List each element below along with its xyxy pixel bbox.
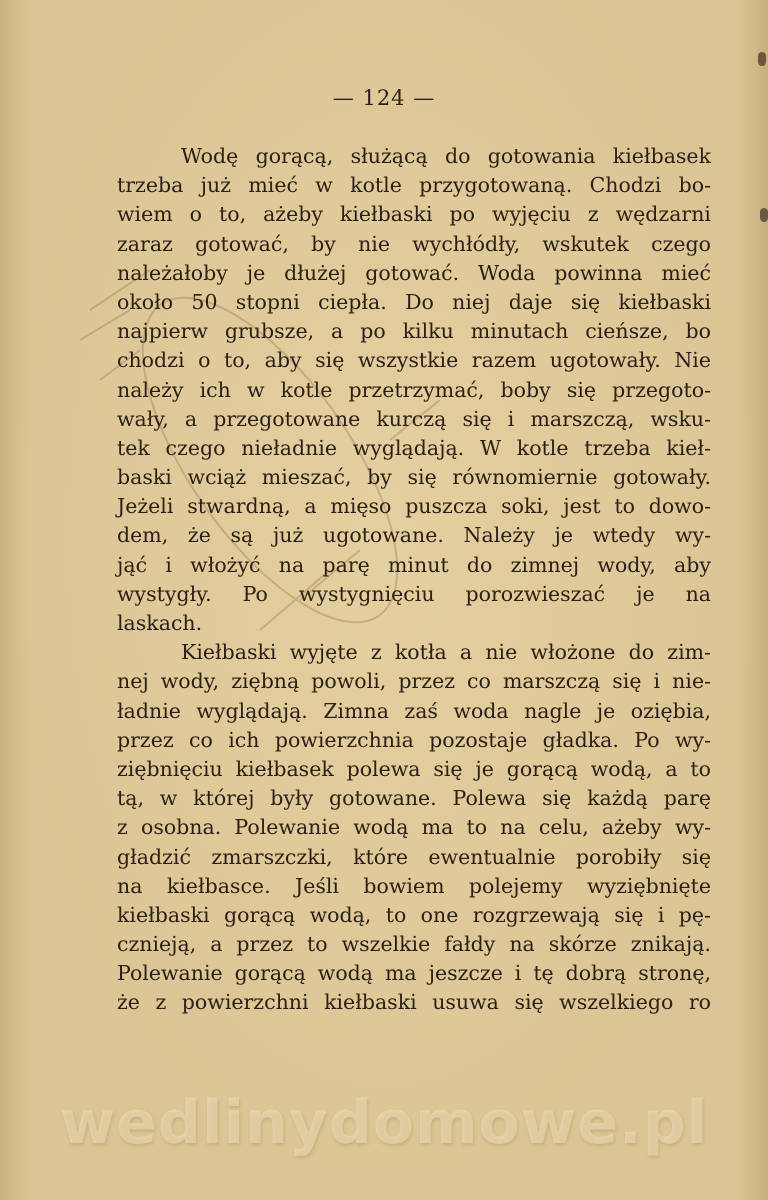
text-line: kiełbaski gorącą wodą, to one rozgrzewaj… [117, 901, 711, 930]
text-line: jąć i włożyć na parę minut do zimnej wod… [117, 551, 711, 580]
text-line: należałoby je dłużej gotować. Woda powin… [117, 259, 711, 288]
text-line: najpierw grubsze, a po kilku minutach ci… [117, 317, 711, 346]
text-line: nej wody, ziębną powoli, przez co marszc… [117, 667, 711, 696]
text-line: gładzić zmarszczki, które ewentualnie po… [117, 843, 711, 872]
text-line: wiem o to, ażeby kiełbaski po wyjęciu z … [117, 200, 711, 229]
text-line: dem, że są już ugotowane. Należy je wted… [117, 521, 711, 550]
text-line: wały, a przegotowane kurczą się i marszc… [117, 405, 711, 434]
watermark: wedlinydomowe.pl [0, 1088, 768, 1158]
text-line: Wodę gorącą, służącą do gotowania kiełba… [117, 142, 711, 171]
text-line: Jeżeli stwardną, a mięso puszcza soki, j… [117, 492, 711, 521]
text-line: z osobna. Polewanie wodą ma to na celu, … [117, 813, 711, 842]
text-line: laskach. [117, 609, 711, 638]
text-line: ziębnięciu kiełbasek polewa się je gorąc… [117, 755, 711, 784]
text-line: baski wciąż mieszać, by się równomiernie… [117, 463, 711, 492]
text-line: że z powierzchni kiełbaski usuwa się wsz… [117, 988, 711, 1017]
text-line: wystygły. Po wystygnięciu porozwieszać j… [117, 580, 711, 609]
text-line: na kiełbasce. Jeśli bowiem polejemy wyzi… [117, 872, 711, 901]
text-line: cznieją, a przez to wszelkie fałdy na sk… [117, 930, 711, 959]
text-line: chodzi o to, aby się wszystkie razem ugo… [117, 346, 711, 375]
text-line: tą, w której były gotowane. Polewa się k… [117, 784, 711, 813]
page-number: — 124 — [0, 86, 768, 110]
page-edge-mark [758, 52, 766, 66]
text-line: Kiełbaski wyjęte z kotła a nie włożone d… [117, 638, 711, 667]
text-line: ładnie wyglądają. Zimna zaś woda nagle j… [117, 697, 711, 726]
body-text: Wodę gorącą, służącą do gotowania kiełba… [117, 142, 711, 1018]
text-line: około 50 stopni ciepła. Do niej daje się… [117, 288, 711, 317]
page-edge-mark [760, 208, 768, 222]
text-line: należy ich w kotle przetrzymać, boby się… [117, 376, 711, 405]
text-line: przez co ich powierzchnia pozostaje gład… [117, 726, 711, 755]
text-line: tek czego nieładnie wyglądają. W kotle t… [117, 434, 711, 463]
text-line: zaraz gotować, by nie wychłódły, wskutek… [117, 230, 711, 259]
text-line: Polewanie gorącą wodą ma jeszcze i tę do… [117, 959, 711, 988]
text-line: trzeba już mieć w kotle przygotowaną. Ch… [117, 171, 711, 200]
